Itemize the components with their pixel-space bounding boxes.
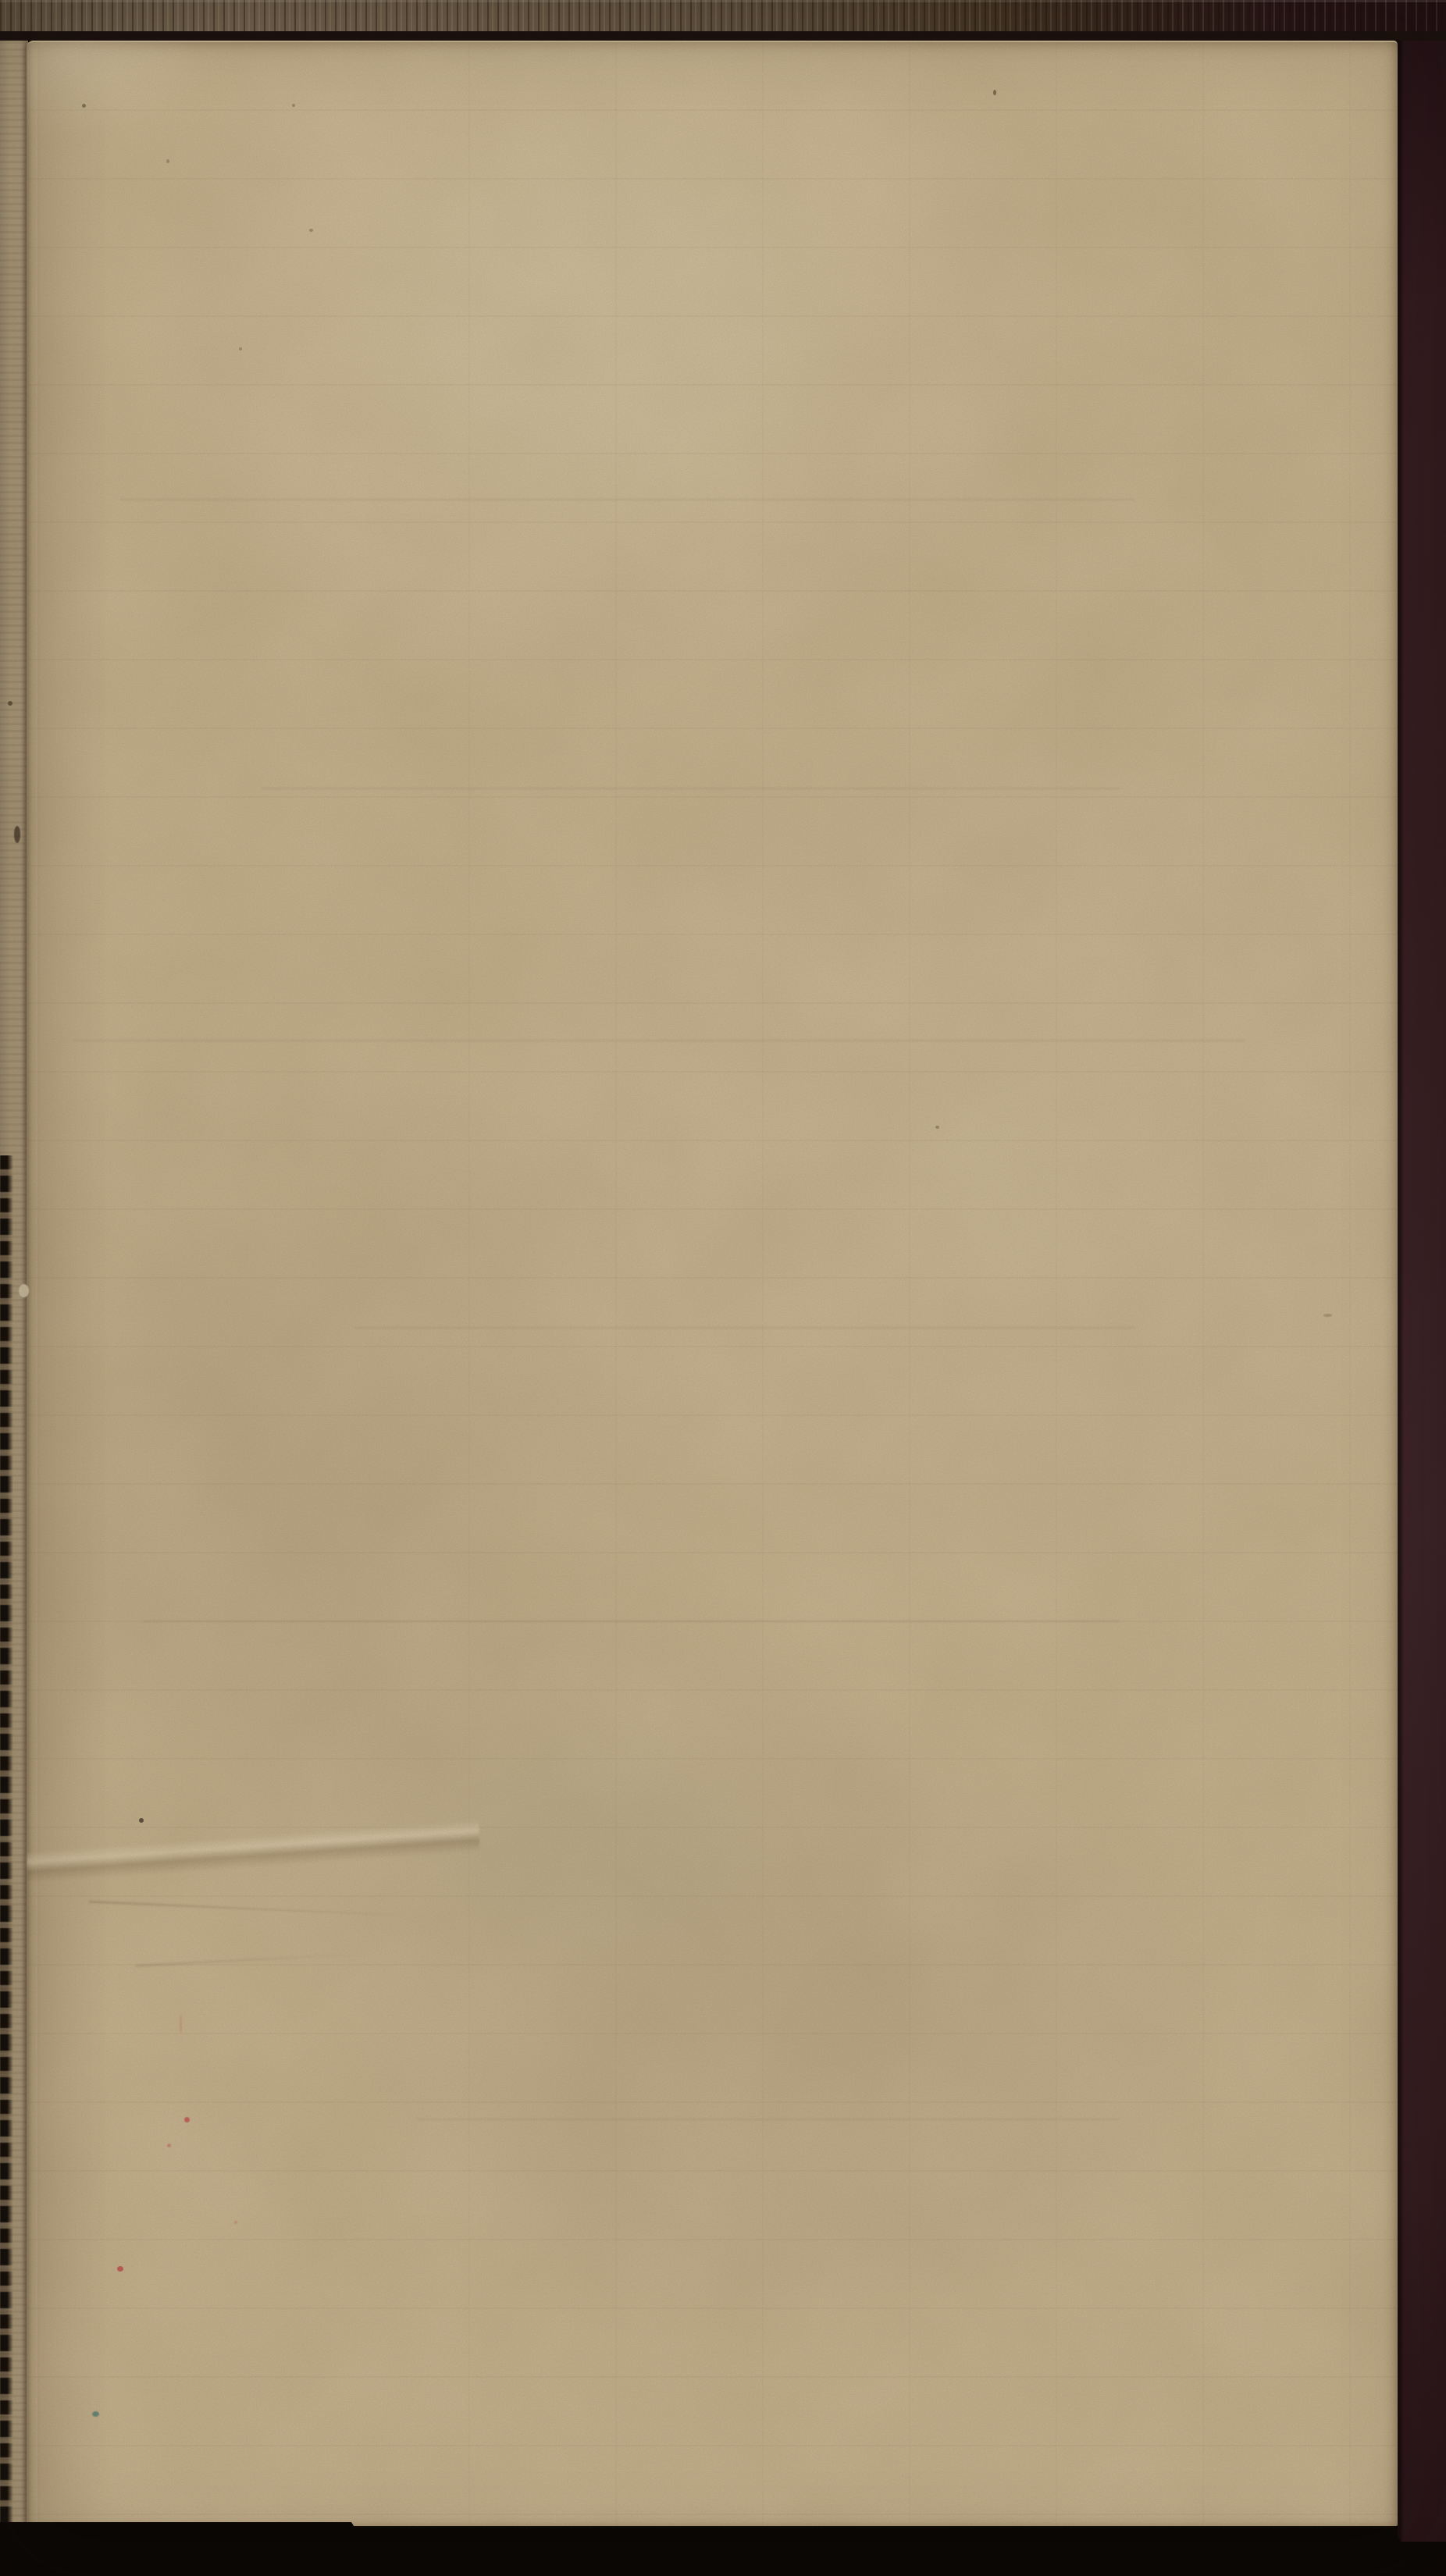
page-wrinkle	[89, 1901, 425, 1918]
paper-shading	[27, 42, 1398, 2526]
paper-sheen	[27, 42, 1398, 2526]
paper-streak	[73, 1040, 1245, 1041]
paper-streak	[261, 788, 1120, 789]
paper-streak	[354, 1327, 1135, 1329]
paper-streak	[120, 499, 1135, 500]
binding-shadow	[0, 1155, 13, 2529]
gutter-shade	[37, 42, 112, 2526]
paper-streak	[144, 1621, 1120, 1622]
paper-streak	[417, 2119, 1120, 2120]
book-cover-right-edge	[1398, 0, 1446, 2542]
page-fold-crease	[25, 1789, 481, 1906]
gutter-crease	[27, 42, 41, 2526]
book-scan-photo	[0, 0, 1446, 2576]
blank-page	[27, 41, 1398, 2526]
faint-ruling-lines	[27, 42, 1398, 2526]
top-left-corner-curl	[27, 42, 198, 144]
book-top-page-block-edge	[0, 0, 1446, 41]
page-wrinkle	[136, 1952, 370, 1967]
faint-vertical-lines	[323, 42, 1398, 2526]
scan-background-bottom	[0, 2517, 1446, 2576]
